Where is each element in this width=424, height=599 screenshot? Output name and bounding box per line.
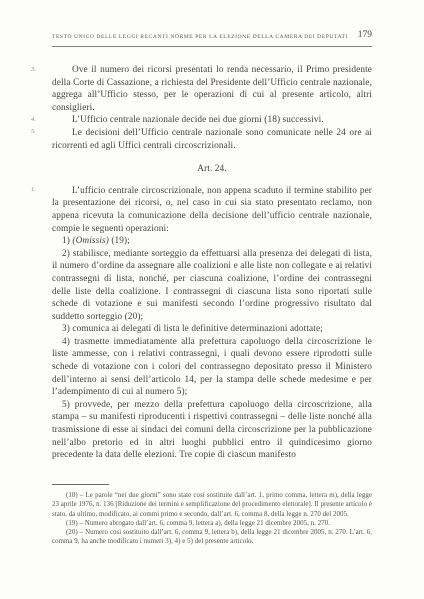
comma-text: L’Ufficio centrale nazionale decide nei … (72, 115, 324, 125)
comma-paragraph-art23-3: 3. Ove il numero dei ricorsi presentati … (52, 64, 372, 114)
footnote-18: (18) – Le parole “nei due giorni” sono s… (52, 491, 372, 519)
body-text: 3. Ove il numero dei ricorsi presentati … (52, 64, 372, 462)
page-number: 179 (348, 30, 372, 40)
footnotes-block: (18) – Le parole “nei due giorni” sono s… (52, 484, 372, 547)
list-item-suffix: (19); (109, 236, 130, 246)
margin-comma-number: 4. (31, 117, 36, 123)
list-item-2: 2) stabilisce, mediante sorteggio da eff… (52, 248, 372, 324)
list-item-1: 1) (Omissis) (19); (52, 235, 372, 248)
omissis-note: (Omissis) (72, 236, 109, 246)
running-title: TESTO UNICO DELLE LEGGI RECANTI NORME PE… (52, 34, 348, 40)
comma-text: Le decisioni dell’Ufficio centrale nazio… (52, 128, 372, 151)
footnote-19: (19) – Numero abrogato dall’art. 6, comm… (52, 519, 372, 528)
header-rule (52, 46, 372, 47)
list-item-prefix: 1) (62, 236, 72, 246)
list-item-5: 5) provvede, per mezzo della prefettura … (52, 399, 372, 462)
article-heading: Art. 24. (52, 163, 372, 176)
comma-paragraph-art24-1: 1. L’ufficio centrale circoscrizionale, … (52, 185, 372, 235)
comma-text: L’ufficio centrale circoscrizionale, non… (52, 186, 372, 234)
margin-comma-number: 5. (31, 129, 36, 135)
comma-text: Ove il numero dei ricorsi presentati lo … (52, 65, 372, 113)
footnotes-separator (52, 484, 109, 485)
list-item-3: 3) comunica ai delegati di lista le defi… (52, 323, 372, 336)
book-page: TESTO UNICO DELLE LEGGI RECANTI NORME PE… (0, 0, 424, 599)
margin-comma-number: 3. (31, 67, 36, 73)
comma-paragraph-art23-4: 4. L’Ufficio centrale nazionale decide n… (52, 114, 372, 127)
page-header: TESTO UNICO DELLE LEGGI RECANTI NORME PE… (52, 30, 372, 40)
comma-paragraph-art23-5: 5. Le decisioni dell’Ufficio centrale na… (52, 127, 372, 152)
footnote-20: (20) – Numero così sostituito dall’art. … (52, 528, 372, 547)
margin-comma-number: 1. (31, 187, 36, 193)
list-item-4: 4) trasmette immediatamente alla prefett… (52, 336, 372, 399)
